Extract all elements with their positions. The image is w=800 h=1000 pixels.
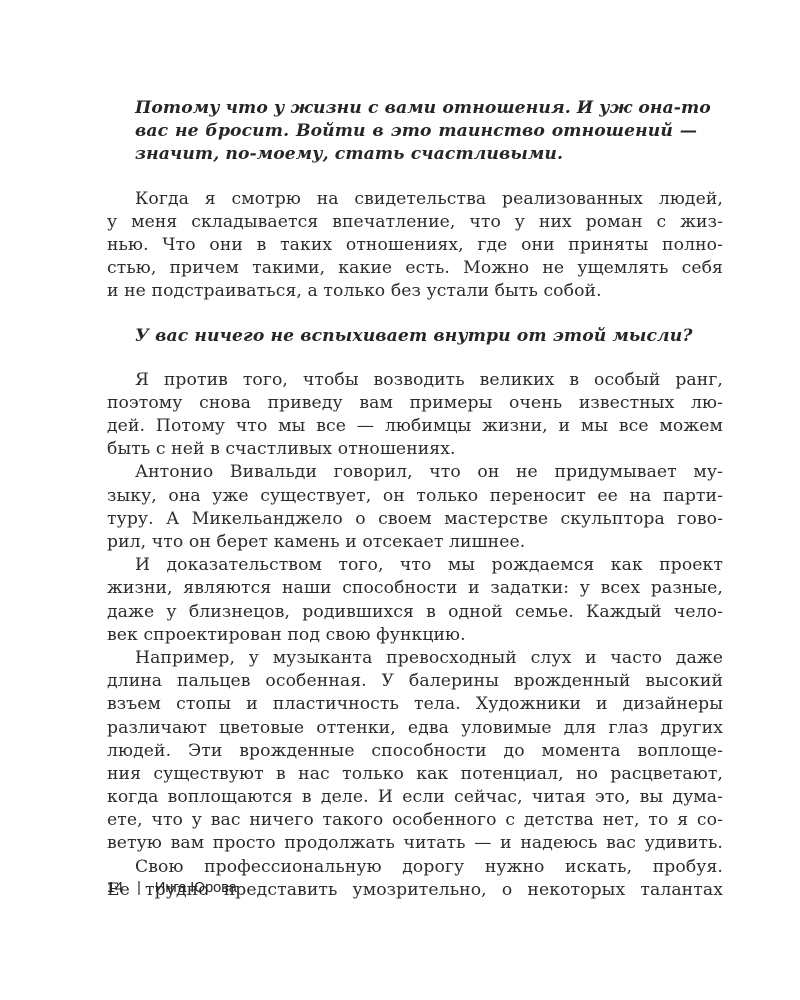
- text-line: Когда я смотрю на свидетельства реализов…: [107, 188, 723, 211]
- text-line: значит, по-моему, стать счастливыми.: [135, 143, 697, 166]
- text-line: стью, причем такими, какие есть. Можно н…: [107, 257, 723, 280]
- paragraph-gap: [107, 167, 723, 188]
- paragraph-gap: [107, 304, 723, 325]
- page-number: 14: [107, 880, 123, 896]
- text-line: Антонио Вивальди говорил, что он не прид…: [107, 461, 723, 484]
- text-line: Я против того, чтобы возводить великих в…: [107, 369, 723, 392]
- text-line: и не подстраиваться, а только без устали…: [107, 280, 723, 303]
- text-line: жизни, являются наши способности и задат…: [107, 577, 723, 600]
- text-line: Потому что у жизни с вами отношения. И у…: [135, 97, 697, 120]
- page-body: Потому что у жизни с вами отношения. И у…: [107, 97, 723, 902]
- text-line: различают цветовые оттенки, едва уловимы…: [107, 717, 723, 740]
- text-line: Например, у музыканта превосходный слух …: [107, 647, 723, 670]
- text-line: когда воплощаются в деле. И если сейчас,…: [107, 786, 723, 809]
- text-line: быть с ней в счастливых отношениях.: [107, 438, 723, 461]
- author-name: Инга Юрова: [155, 880, 237, 896]
- text-line: поэтому снова приведу вам примеры очень …: [107, 392, 723, 415]
- text-line: век спроектирован под свою функцию.: [107, 624, 723, 647]
- text-line: ветую вам просто продолжать читать — и н…: [107, 832, 723, 855]
- paragraph-5: Например, у музыканта превосходный слух …: [107, 647, 723, 856]
- paragraph-4: И доказательством того, что мы рождаемся…: [107, 554, 723, 647]
- text-line: ния существуют в нас только как потенциа…: [107, 763, 723, 786]
- text-line: людей. Эти врожденные способности до мом…: [107, 740, 723, 763]
- text-line: длина пальцев особенная. У балерины врож…: [107, 670, 723, 693]
- text-line: туру. А Микельанджело о своем мастерстве…: [107, 508, 723, 531]
- text-line: даже у близнецов, родившихся в одной сем…: [107, 601, 723, 624]
- page-footer: 14 | Инга Юрова: [107, 880, 237, 896]
- paragraph-2: Я против того, чтобы возводить великих в…: [107, 369, 723, 462]
- paragraph-1: Когда я смотрю на свидетельства реализов…: [107, 188, 723, 304]
- footer-separator: |: [137, 880, 141, 896]
- text-line: ете, что у вас ничего такого особенного …: [107, 809, 723, 832]
- text-line: вас не бросит. Войти в это таинство отно…: [135, 120, 697, 143]
- text-line: Свою профессиональную дорогу нужно искат…: [107, 856, 723, 879]
- text-line: У вас ничего не вспыхивает внутри от это…: [135, 325, 697, 348]
- text-line: И доказательством того, что мы рождаемся…: [107, 554, 723, 577]
- paragraph-3: Антонио Вивальди говорил, что он не прид…: [107, 461, 723, 554]
- text-line: дей. Потому что мы все — любимцы жизни, …: [107, 415, 723, 438]
- text-line: взъем стопы и пластичность тела. Художни…: [107, 693, 723, 716]
- interview-question-1: Потому что у жизни с вами отношения. И у…: [107, 97, 697, 167]
- text-line: у меня складывается впечатление, что у н…: [107, 211, 723, 234]
- interview-question-2: У вас ничего не вспыхивает внутри от это…: [107, 325, 697, 348]
- text-line: рил, что он берет камень и отсекает лишн…: [107, 531, 723, 554]
- text-line: нью. Что они в таких отношениях, где они…: [107, 234, 723, 257]
- paragraph-gap: [107, 348, 723, 369]
- text-line: зыку, она уже существует, он только пере…: [107, 485, 723, 508]
